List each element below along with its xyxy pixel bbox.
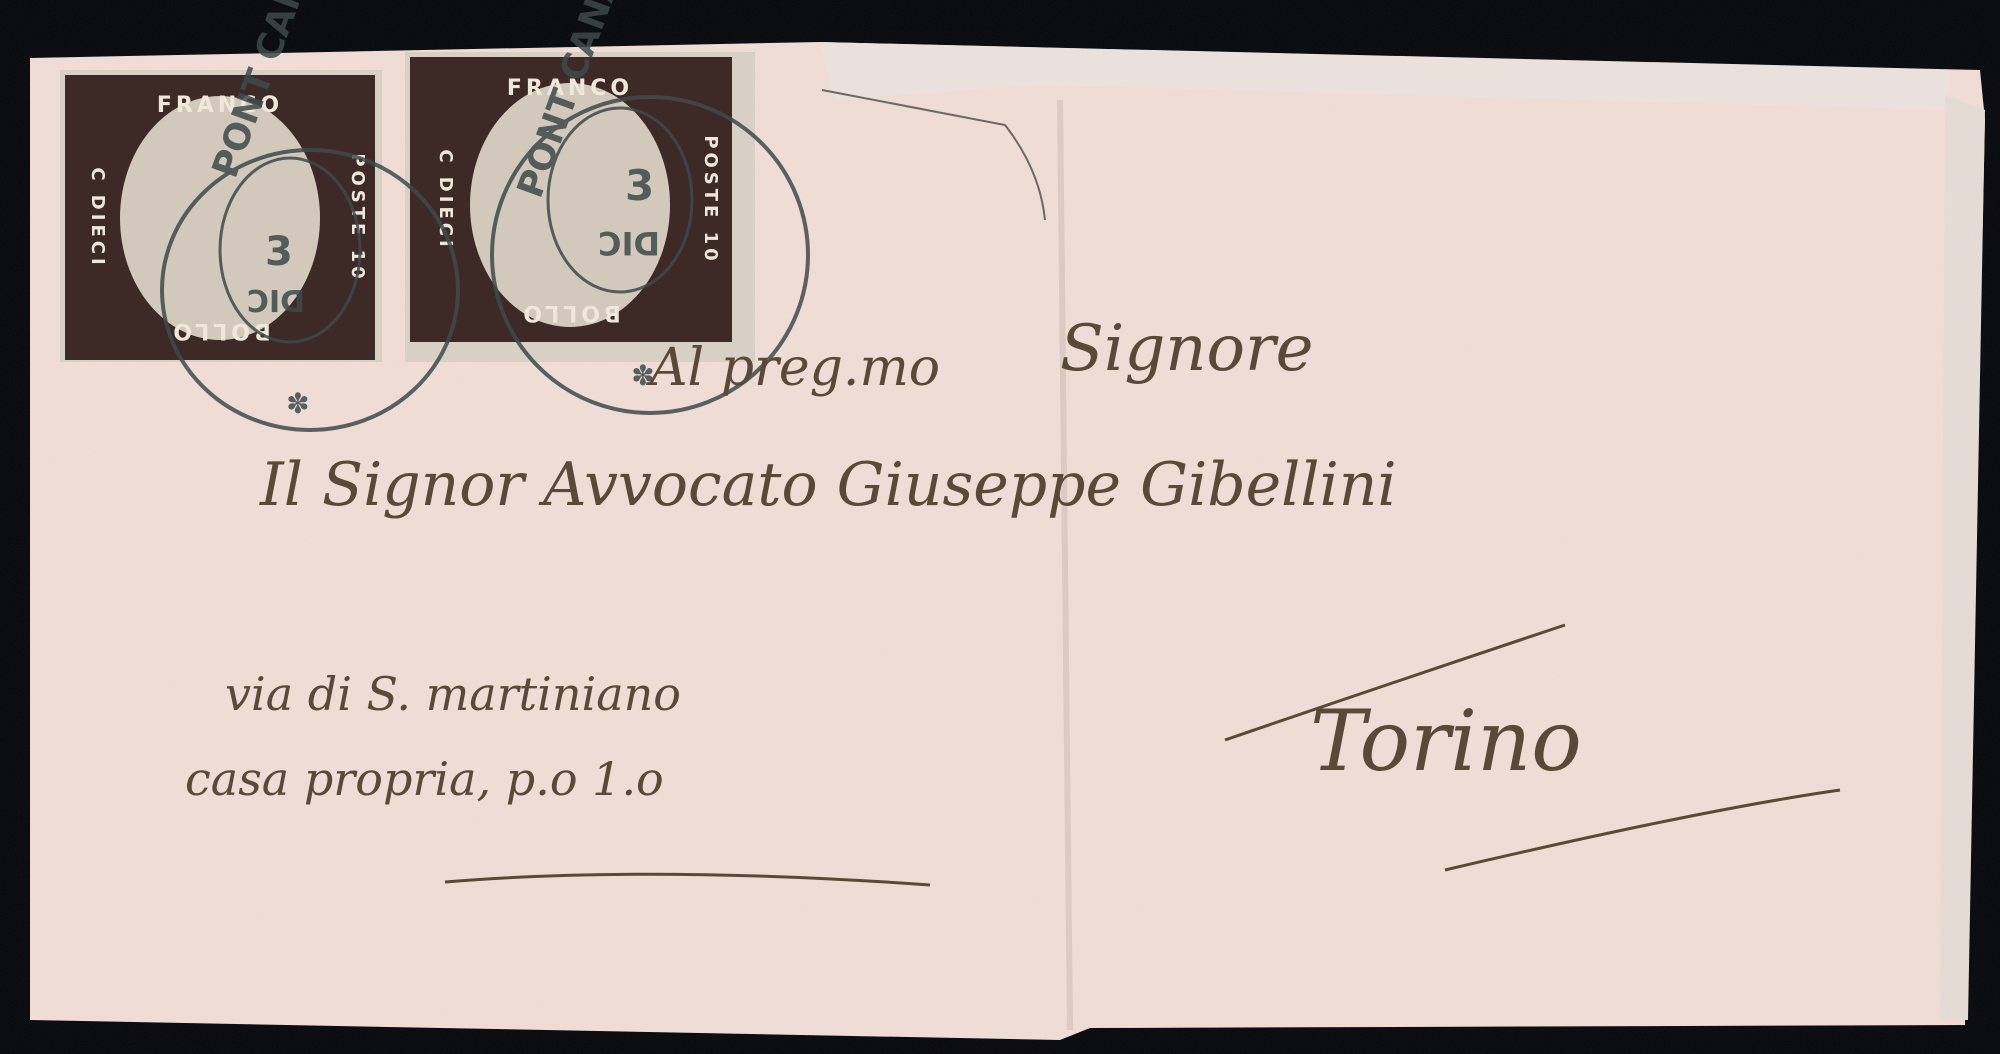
- postmark-day: 3: [625, 161, 654, 210]
- postmark-month: DIC: [247, 282, 305, 317]
- stamp-1: FRANCO BOLLO C DIECI POSTE 10: [60, 70, 382, 362]
- postmark-month: DIC: [598, 224, 660, 262]
- sender-note-line1: via di S. martiniano: [225, 667, 681, 721]
- address-city: Torino: [1310, 692, 1582, 790]
- stamp-text-left: C DIECI: [87, 167, 108, 268]
- address-salutation: Al preg.mo: [646, 338, 940, 398]
- address-recipient: Il Signor Avvocato Giuseppe Gibellini: [259, 450, 1397, 520]
- postal-cover: FRANCO BOLLO C DIECI POSTE 10 FRANCO BOL…: [0, 0, 2000, 1054]
- sender-note-line2: casa propria, p.o 1.o: [185, 752, 664, 806]
- postmark-day: 3: [265, 229, 293, 275]
- stamp-text-bottom: BOLLO: [519, 300, 620, 325]
- stamp-text-right: POSTE 10: [700, 135, 721, 264]
- postmark-ornament-icon: ✽: [286, 387, 309, 420]
- stamp-text-right: POSTE 10: [347, 153, 368, 282]
- address-title: Signore: [1060, 312, 1314, 386]
